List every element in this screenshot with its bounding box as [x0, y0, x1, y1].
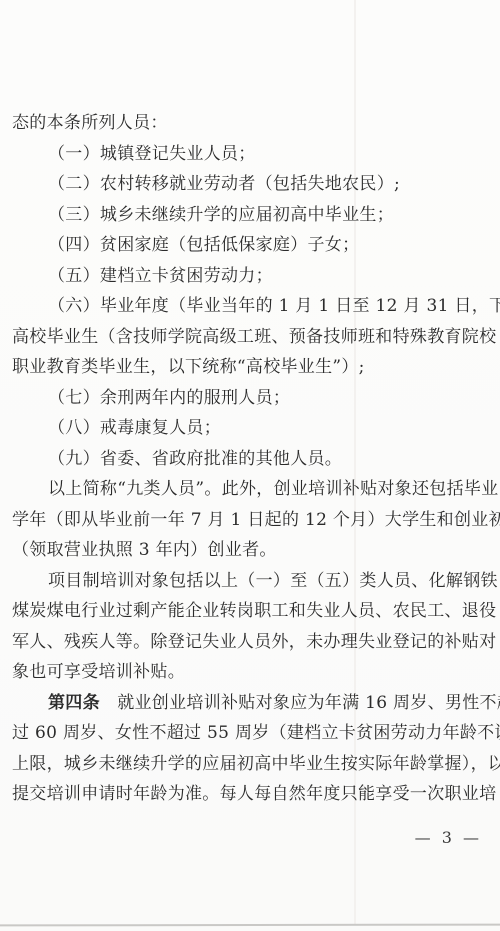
document-line: （五）建档立卡贫困劳动力；: [12, 261, 490, 292]
document-line: （二）农村转移就业劳动者（包括失地农民）;: [12, 169, 490, 200]
scan-page-bottom-edge: [0, 924, 500, 927]
page-number: — 3 —: [415, 828, 482, 848]
document-line: （八）戒毒康复人员；: [12, 413, 490, 444]
document-line: 上限，城乡未继续升学的应届初高中毕业生按实际年龄掌握），以: [12, 749, 490, 780]
document-body-text: 态的本条所列人员： （一）城镇登记失业人员； （二）农村转移就业劳动者（包括失地…: [12, 108, 490, 810]
document-line: 学年（即从毕业前一年 7 月 1 日起的 12 个月）大学生和创业初期: [12, 505, 490, 536]
document-line: 煤炭煤电行业过剩产能企业转岗职工和失业人员、农民工、退役: [12, 596, 490, 627]
document-line: 提交培训申请时年龄为准。每人每自然年度只能享受一次职业培: [12, 779, 490, 810]
document-line: 过 60 周岁、女性不超过 55 周岁（建档立卡贫困劳动力年龄不设: [12, 718, 490, 749]
document-line: 态的本条所列人员：: [12, 108, 490, 139]
document-line: 军人、残疾人等。除登记失业人员外，未办理失业登记的补贴对: [12, 627, 490, 658]
document-line-article-4: 第四条 就业创业培训补贴对象应为年满 16 周岁、男性不超: [12, 688, 490, 719]
document-line: 职业教育类毕业生，以下统称“高校毕业生”）;: [12, 352, 490, 383]
document-line: （六）毕业年度（毕业当年的 1 月 1 日至 12 月 31 日，下同）: [12, 291, 490, 322]
document-line: 项目制培训对象包括以上（一）至（五）类人员、化解钢铁: [12, 566, 490, 597]
document-line: （七）余刑两年内的服刑人员；: [12, 383, 490, 414]
scanned-document-page: 态的本条所列人员： （一）城镇登记失业人员； （二）农村转移就业劳动者（包括失地…: [0, 0, 500, 931]
document-line: （一）城镇登记失业人员；: [12, 139, 490, 170]
article-number-bold: 第四条: [48, 693, 100, 713]
document-line: （三）城乡未继续升学的应届初高中毕业生；: [12, 200, 490, 231]
document-line: 象也可享受培训补贴。: [12, 657, 490, 688]
document-line: （九）省委、省政府批准的其他人员。: [12, 444, 490, 475]
document-line: 以上简称“九类人员”。此外，创业培训补贴对象还包括毕业: [12, 474, 490, 505]
document-line: （四）贫困家庭（包括低保家庭）子女；: [12, 230, 490, 261]
document-line: 高校毕业生（含技师学院高级工班、预备技师班和特殊教育院校: [12, 322, 490, 353]
document-line: （领取营业执照 3 年内）创业者。: [12, 535, 490, 566]
